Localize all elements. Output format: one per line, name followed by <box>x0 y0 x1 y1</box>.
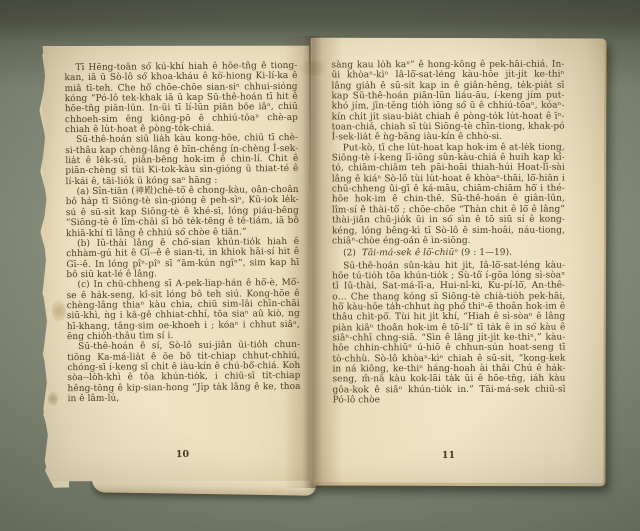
paragraph-continuation: sàng kau lo̍h kaⁿ” ê hong-kông ê pek-hāi… <box>331 60 564 144</box>
section-title: Tāi-má-sek ê lō͘-chiūⁿ <box>362 248 458 258</box>
right-page-text: sàng kau lo̍h kaⁿ” ê hong-kông ê pek-hāi… <box>331 60 565 406</box>
page-number-right: 11 <box>332 450 565 462</box>
section-number: (2) <box>343 249 356 259</box>
paragraph: Sū-thê-hoán sûn-kàu hit ji̍t, Iâ-lō͘-sat… <box>332 260 566 406</box>
paragraph-item-c: (c) In chū-chheng sī A-pek-liap-hán ê hō… <box>66 278 300 342</box>
paragraph: Tī Hēng-toān só͘ kú-khí hiah ê hōe-tn̂g … <box>64 61 298 136</box>
paragraph: Put-kò, tī che lu̍t-hoat kap hok-im ê at… <box>332 142 565 246</box>
book-photo: Tī Hēng-toān só͘ kú-khí hiah ê hōe-tn̂g … <box>0 0 640 531</box>
paragraph-item-a: (a) Sîn-tiān (神殿)chè-tō͘ ê chong-kàu, oâ… <box>66 185 299 239</box>
section-reference: (9 : 1—19). <box>461 248 512 258</box>
left-page-text: Tī Hēng-toān só͘ kú-khí hiah ê hōe-tn̂g … <box>64 61 300 405</box>
paragraph: Sū-thê-hoán ê sí, Sò-lô sui-jiân ūi-tio̍… <box>67 340 301 404</box>
paragraph-item-b: (b) Iû-thài lâng ê chó͘-sian khún-tio̍k … <box>66 237 299 281</box>
section-heading: (2) Tāi-má-sek ê lō͘-chiūⁿ (9 : 1—19). <box>332 248 565 259</box>
page-number-left: 10 <box>66 448 299 461</box>
paragraph: Sū-thê-hoán siū lia̍h kàu kong-hōe, chiū… <box>65 133 298 187</box>
